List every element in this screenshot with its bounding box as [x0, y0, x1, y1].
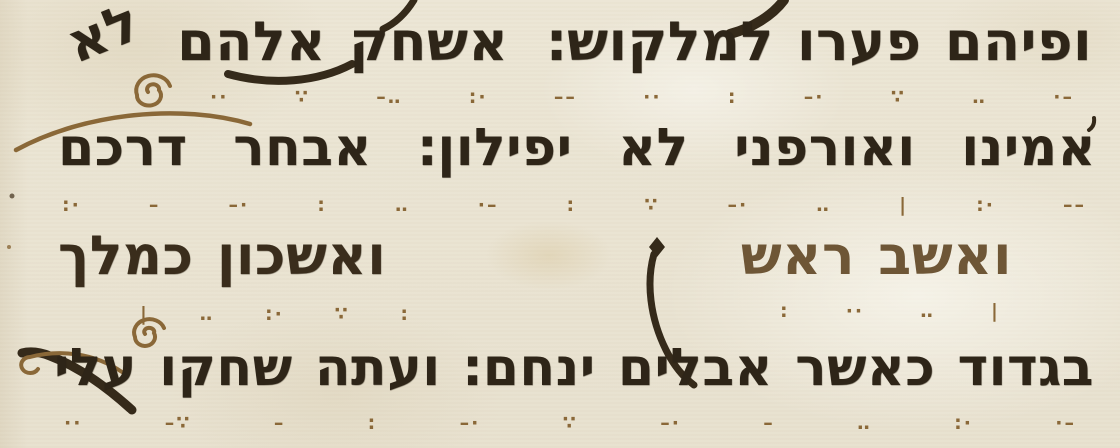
vowel-points-row-1: –· ‥ ∵ ·– : ·· –– ·: ‥– ∵ ·· — [210, 86, 1074, 108]
margin-speck — [7, 245, 11, 249]
manuscript-page: ופיהם פערו למלקוש׃ אשחק אלהם לא –· ‥ ∵ ·… — [0, 0, 1120, 448]
text-line-4: בגדוד כאשר אבלים ינחם׃ ועתה שחקו עלי — [54, 340, 1094, 397]
vowel-points-row-4: –· ·: ‥ – ·– ∵ ·– : – ∵– ·· — [64, 412, 1076, 434]
text-line-1: ופיהם פערו למלקוש׃ אשחק אלהם לא — [66, 12, 1092, 71]
word-group: אשחק אלהם — [177, 12, 508, 71]
word-group-slanted: לא — [58, 0, 148, 74]
vowel-points-row-3-right: | ‥ ·· : — [780, 300, 1000, 322]
word-group-left: ואשכון כמלך — [58, 226, 386, 285]
vowel-points-row-3-left: : ∵ ·: ‥ | — [140, 303, 410, 325]
spiral-flourish-icon — [136, 75, 170, 105]
text-line-2: אמינו ואורפני לא יפילון׃ אבחר דרכם — [58, 120, 1096, 177]
margin-speck — [10, 194, 15, 199]
word-group: ופיהם פערו למלקוש׃ — [546, 12, 1092, 71]
word-group-right: ואשב ראש — [741, 226, 1012, 285]
text-line-3: ואשב ראש ואשכון כמלך — [58, 226, 1012, 285]
vowel-points-row-2: –– ·: | ‥ ·– ∵ : –· ‥ : ·– – ·: — [62, 194, 1086, 216]
